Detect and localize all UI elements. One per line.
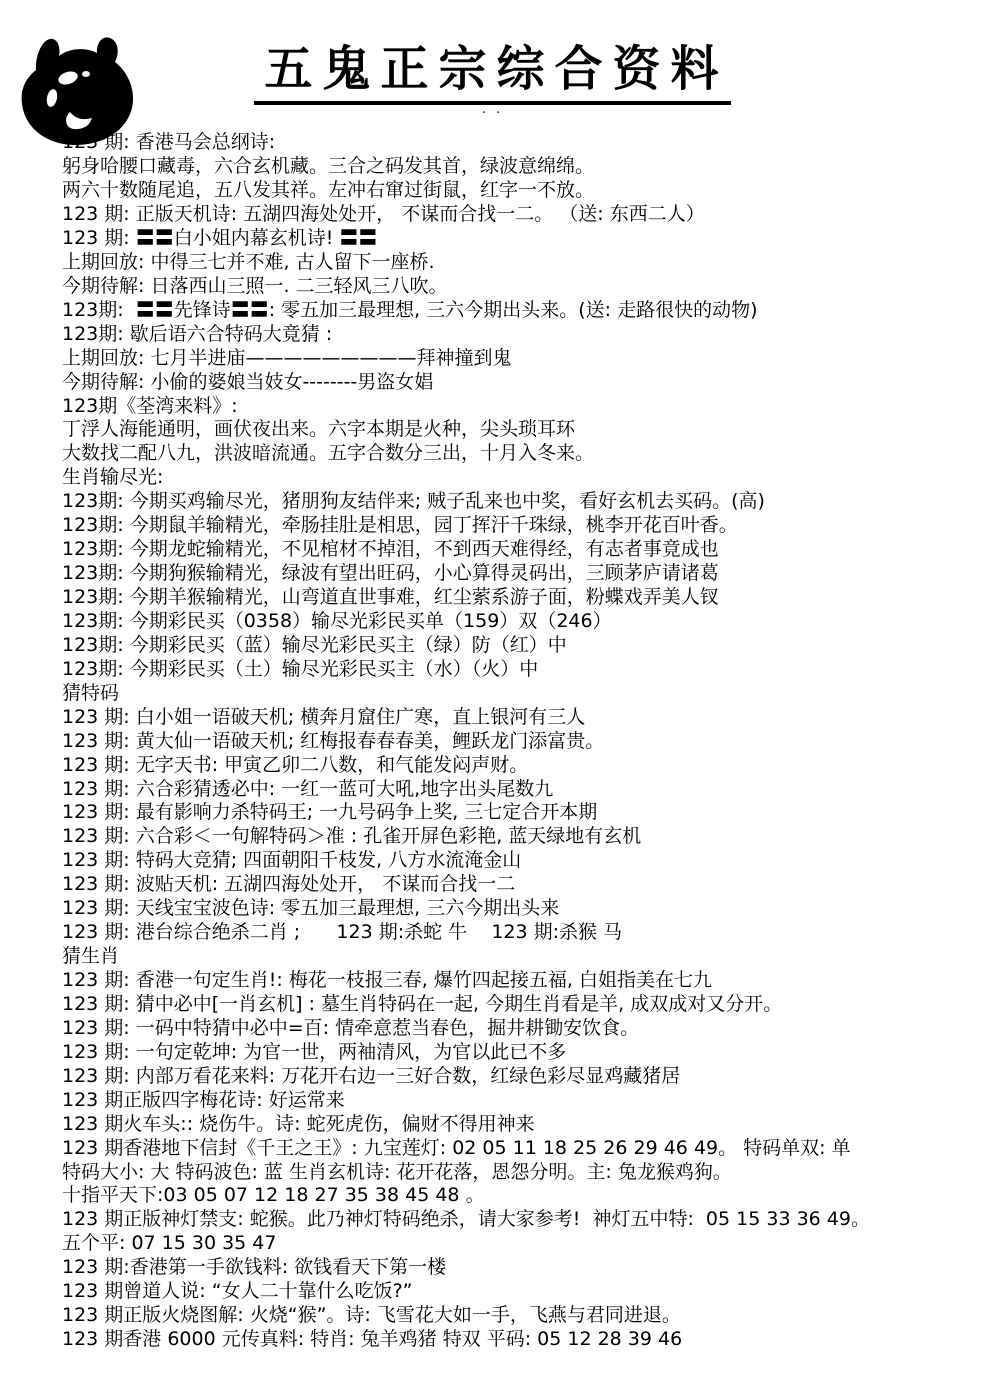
text-line: 123期: 歇后语六合特码大竟猜 : [62, 323, 967, 347]
text-line: 123 期: 香港马会总纲诗: [62, 131, 967, 155]
text-line: 上期回放: 中得三七并不难, 古人留下一座桥. [62, 251, 967, 275]
text-line: 123 期: 波贴天机: 五湖四海处处开， 不谋而合找一二 [62, 873, 967, 897]
text-line: 123 期火车头:: 烧伤牛。诗: 蛇死虎伤，偏财不得用神来 [62, 1113, 967, 1137]
text-line: 特码大小: 大 特码波色: 蓝 生肖玄机诗: 花开花落，恩怨分明。主: 兔龙猴鸡… [62, 1161, 967, 1185]
text-line: 123期: 今期彩民买（0358）输尽光彩民买单（159）双（246） [62, 610, 967, 634]
text-line: 123 期: 港台综合绝杀二肖 ; 123 期:杀蛇 牛 123 期:杀猴 马 [62, 921, 967, 945]
text-line: 123 期: 最有影响力杀特码王; 一九号码争上奖, 三七定合开本期 [62, 801, 967, 825]
text-line: 123期《荃湾来料》: [62, 395, 967, 419]
text-line: 123 期: 内部万看花来料: 万花开右边一三好合数，红绿色彩尽显鸡藏猪居 [62, 1065, 967, 1089]
text-line: 123期: 今期狗猴输精光，绿波有望出旺码，小心算得灵码出，三顾茅庐请诸葛 [62, 562, 967, 586]
text-line: 123期: 〓〓先锋诗〓〓: 零五加三最理想, 三六今期出头来。(送: 走路很快… [62, 299, 967, 323]
text-line: 猜生肖 [62, 945, 967, 969]
text-line: 123 期: 特码大竞猜; 四面朝阳千枝发, 八方水流淹金山 [62, 849, 967, 873]
text-line: 猜特码 [62, 682, 967, 706]
text-line: 上期回放: 七月半进庙—————————拜神撞到鬼 [62, 347, 967, 371]
text-line: 123 期正版四字梅花诗: 好运常来 [62, 1089, 967, 1113]
text-line: 大数找二配八九，洪波暗流通。五字合数分三出，十月入冬来。 [62, 442, 967, 466]
text-line: 123期: 今期买鸡输尽光，猪朋狗友结伴来; 贼子乱来也中奖，看好玄机去买码。(… [62, 490, 967, 514]
text-line: 今期待解: 小偷的婆娘当妓女--------男盗女娼 [62, 371, 967, 395]
text-line: 123 期香港 6000 元传真料: 特肖: 兔羊鸡猪 特双 平码: 05 12… [62, 1328, 967, 1352]
text-line: 123 期正版神灯禁支: 蛇猴。此乃神灯特码绝杀，请大家参考! 神灯五中特: 0… [62, 1208, 967, 1232]
text-line: 两六十数随尾追，五八发其祥。左冲右窜过街鼠，红字一不放。 [62, 179, 967, 203]
text-line: 123 期: 白小姐一语破天机; 横奔月窟住广寒，直上银河有三人 [62, 706, 967, 730]
text-line: 十指平天下:03 05 07 12 18 27 35 38 45 48 。 [62, 1184, 967, 1208]
text-line: 123 期: 六合彩猜透必中: 一红一蓝可大吼,地字出头尾数九 [62, 778, 967, 802]
text-line: 躬身哈腰口藏毒，六合玄机藏。三合之码发其首，绿波意绵绵。 [62, 155, 967, 179]
title-dots: · · [0, 107, 985, 121]
text-line: 123期: 今期彩民买（蓝）输尽光彩民买主（绿）防（红）中 [62, 634, 967, 658]
text-line: 123 期: 一句定乾坤: 为官一世，两袖清风，为官以此已不多 [62, 1041, 967, 1065]
ghost-logo-icon [12, 28, 142, 150]
text-line: 123 期: 猜中必中[一肖玄机] : 墓生肖特码在一起, 今期生肖看是羊, 成… [62, 993, 967, 1017]
scanned-lottery-sheet: { "title": "五鬼正宗综合资料", "title_dots": "· … [0, 0, 985, 1388]
text-line: 123 期正版火烧图解: 火烧“猴”。诗: 飞雪花大如一手，飞燕与君同进退。 [62, 1304, 967, 1328]
text-line: 123 期:香港第一手欲钱料: 欲钱看天下第一楼 [62, 1256, 967, 1280]
text-line: 123 期: 天线宝宝波色诗: 零五加三最理想, 三六今期出头来 [62, 897, 967, 921]
text-line: 123 期曾道人说: “女人二十靠什么吃饭?” [62, 1280, 967, 1304]
page-title: 五鬼正宗综合资料 [254, 42, 730, 105]
header: 五鬼正宗综合资料 [0, 0, 985, 105]
text-line: 123期: 今期羊猴输精光，山弯道直世事难，红尘萦系游子面，粉蝶戏弄美人钗 [62, 586, 967, 610]
text-line: 123 期: 一码中特猜中必中=百: 情牵意惹当春色，掘井耕锄安饮食。 [62, 1017, 967, 1041]
text-line: 今期待解: 日落西山三照一. 二三轻风三八吹。 [62, 275, 967, 299]
text-line: 丁浮人海能通明，画伏夜出来。六字本期是火种，尖头琐耳环 [62, 418, 967, 442]
text-line: 123 期: 六合彩＜一句解特码＞准 : 孔雀开屏色彩艳, 蓝天绿地有玄机 [62, 825, 967, 849]
text-line: 123期: 今期彩民买（土）输尽光彩民买主（水）（火）中 [62, 658, 967, 682]
text-line: 123 期: 无字天书: 甲寅乙卯二八数，和气能发闷声财。 [62, 754, 967, 778]
text-line: 123期: 今期鼠羊输精光，牵肠挂肚是相思，园丁挥汗千珠绿，桃李开花百叶香。 [62, 514, 967, 538]
text-line: 123 期: 黄大仙一语破天机; 红梅报春春春美，鲤跃龙门添富贵。 [62, 730, 967, 754]
text-line: 123 期: 正版天机诗: 五湖四海处处开， 不谋而合找一二。 （送: 东西二人… [62, 203, 967, 227]
text-line: 123 期香港地下信封《千王之王》: 九宝莲灯: 02 05 11 18 25 … [62, 1137, 967, 1161]
text-line: 123 期: 〓〓白小姐内幕玄机诗! 〓〓 [62, 227, 967, 251]
text-line: 五个平: 07 15 30 35 47 [62, 1232, 967, 1256]
text-line: 123 期: 香港一句定生肖!: 梅花一枝报三春, 爆竹四起接五福, 白姐指美在… [62, 969, 967, 993]
content-lines: 123 期: 香港马会总纲诗:躬身哈腰口藏毒，六合玄机藏。三合之码发其首，绿波意… [62, 131, 967, 1352]
text-line: 123期: 今期龙蛇输精光，不见棺材不掉泪，不到西天难得经，有志者事竟成也 [62, 538, 967, 562]
text-line: 生肖输尽光: [62, 466, 967, 490]
